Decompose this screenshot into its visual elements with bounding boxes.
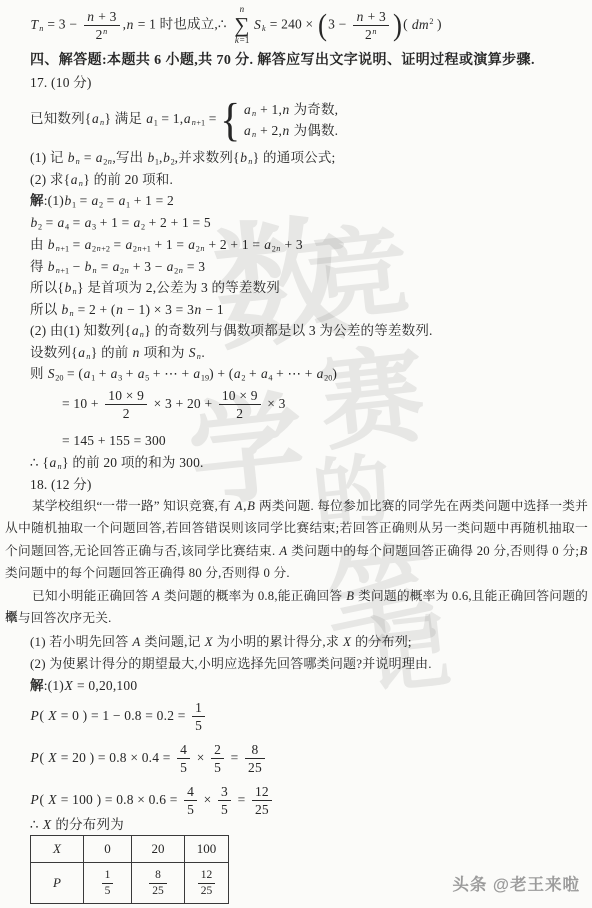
sol17-s20-result: = 145 + 155 = 300: [62, 430, 166, 451]
q18-given-line2: 率与回答次序无关.: [5, 608, 111, 629]
watermark-char: 赛: [314, 342, 429, 457]
q18-intro-line2: 从中随机抽取一个问题回答,若回答错误则该同学比赛结束;若回答正确则从另一类问题中…: [5, 518, 588, 539]
distribution-table: X 0 20 100 P 15 825 1225: [30, 835, 229, 904]
q18-title: 18. (12 分): [30, 474, 92, 495]
table-cell-x-header: X: [31, 836, 84, 863]
table-cell-p-header: P: [31, 863, 84, 904]
q18-intro-line4: 类问题中的每个问题回答正确得 80 分,否则得 0 分.: [5, 563, 290, 584]
table-cell: 1225: [185, 863, 229, 904]
formula-tn-sum: Tn = 3 − n + 32n,n = 1 时也成立,∴ n∑k=1Sk = …: [30, 1, 442, 43]
sol18-prob-x0: P( X = 0 ) = 1 − 0.8 = 0.2 = 15: [30, 695, 208, 737]
section4-header: 四、解答题:本题共 6 小题,共 70 分. 解答应写出文字说明、证明过程或演算…: [30, 50, 535, 71]
table-cell: 100: [185, 836, 229, 863]
table-cell: 825: [132, 863, 185, 904]
table-cell: 0: [84, 836, 132, 863]
watermark-char: 竞: [303, 221, 413, 331]
sol18-x-values: 解:(1)X = 0,20,100: [30, 675, 137, 696]
q18-intro-line1: 某学校组织“一带一路” 知识竞赛,有 A,B 两类问题. 每位参加比赛的同学先在…: [5, 496, 588, 517]
sol18-dist-label: ∴ X 的分布列为: [30, 814, 124, 835]
table-cell: 15: [84, 863, 132, 904]
toutiao-stamp: 头条 @老王来啦: [452, 871, 580, 895]
table-cell: 20: [132, 836, 185, 863]
sol18-prob-x20: P( X = 20 ) = 0.8 × 0.4 = 45 × 25 = 825: [30, 737, 268, 779]
q18-intro-line3: 个问题回答,无论回答正确与否,该同学比赛结束. A 类问题中的每个问题回答正确得…: [5, 541, 588, 562]
q18-part2: (2) 为使累计得分的期望最大,小明应选择先回答哪类问题?并说明理由.: [30, 653, 432, 674]
scanned-exam-page: 数 竞 学 赛 的 笔 记 Tn = 3 − n + 32n,n = 1 时也成…: [0, 0, 592, 908]
q17-given-piecewise: 已知数列{an} 满足 a1 = 1,an+1 = {an + 1,n 为奇数,…: [30, 93, 338, 145]
q18-part1: (1) 若小明先回答 A 类问题,记 X 为小明的累计得分,求 X 的分布列;: [30, 631, 412, 652]
sol17-s20-calculation: = 10 + 10 × 92 × 3 + 20 + 10 × 92 × 3: [62, 383, 286, 425]
q17-title: 17. (10 分): [30, 72, 92, 93]
